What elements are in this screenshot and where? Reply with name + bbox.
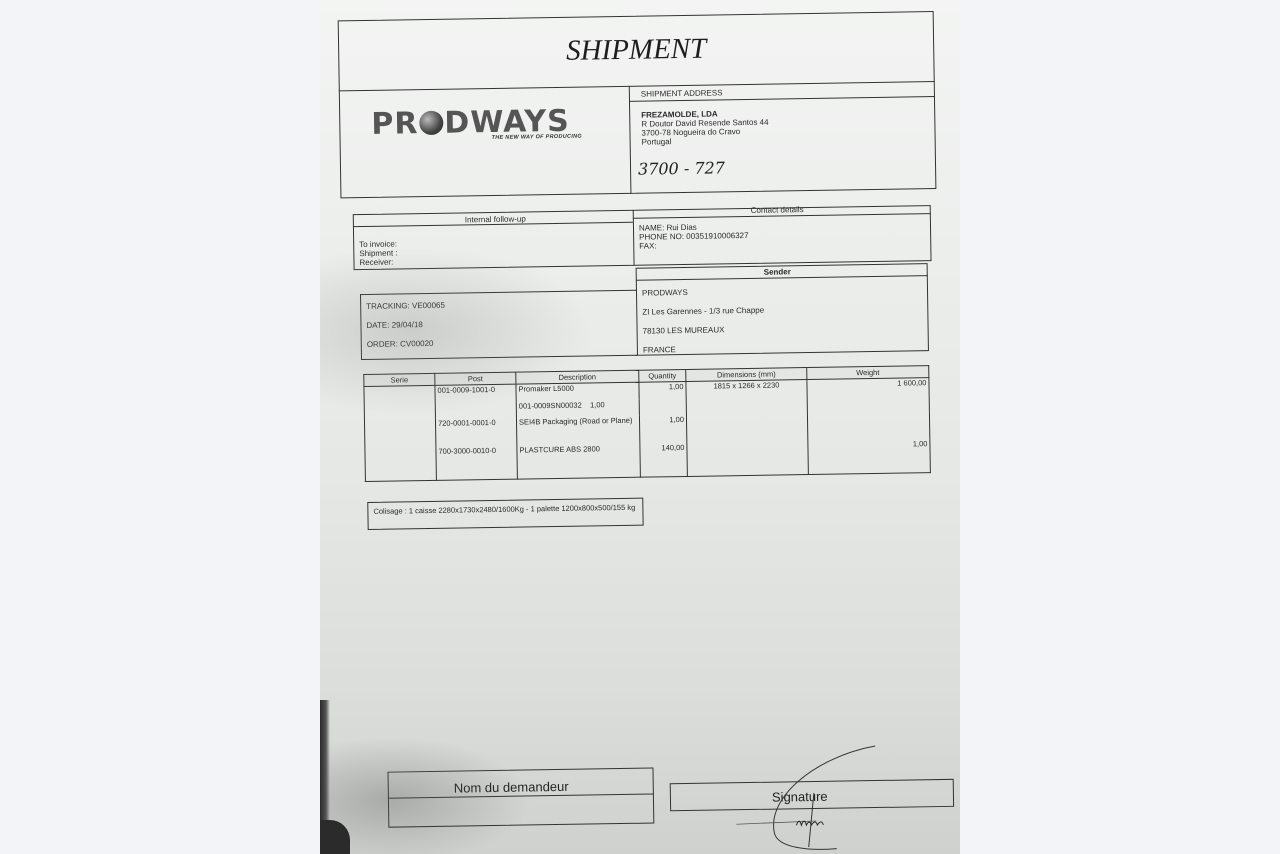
requester-label: Nom du demandeur <box>454 779 569 796</box>
sender-line-2: ZI Les Garennes - 1/3 rue Chappe <box>642 306 764 317</box>
logo-sphere-icon <box>419 111 443 135</box>
shipment-date: DATE: 29/04/18 <box>366 320 422 330</box>
contact-details-heading: Contact details <box>751 205 804 215</box>
cell-dimensions <box>686 397 807 415</box>
cell-post: 720-0001-0001-0 <box>435 417 516 446</box>
cell-dimensions <box>686 413 807 443</box>
cell-post: 700-3000-0010-0 <box>436 445 518 480</box>
cell-post <box>435 401 516 418</box>
shipment-address-heading: SHIPMENT ADDRESS <box>641 88 723 98</box>
cell-quantity <box>639 398 686 415</box>
order-number: ORDER: CV00020 <box>367 339 434 349</box>
cell-description: SEI4B Packaging (Road or Plane) <box>516 415 639 445</box>
cell-serie <box>364 385 435 403</box>
cell-description: 001-0009SN00032 1,00 <box>516 399 639 417</box>
cell-dimensions <box>687 441 809 477</box>
cell-quantity: 1,00 <box>639 381 686 399</box>
handwritten-signature-icon <box>725 735 927 852</box>
cell-weight <box>807 395 929 413</box>
col-serie: Serie <box>364 373 435 386</box>
cell-serie <box>364 418 435 447</box>
cell-quantity: 1,00 <box>639 414 686 443</box>
cell-weight: 1,00 <box>808 439 931 475</box>
cell-dimensions: 1815 x 1266 x 2230 <box>686 380 807 399</box>
sender-line-3: 78130 LES MUREAUX <box>643 325 725 335</box>
cell-weight: 1 600,00 <box>807 378 929 397</box>
tracking-number: TRACKING: VE00065 <box>366 301 445 311</box>
address-country: Portugal <box>642 137 672 146</box>
followup-receiver: Receiver: <box>359 258 393 268</box>
handwritten-postal-note: 3700 - 727 <box>638 158 725 178</box>
sender-line-1: PRODWAYS <box>642 288 688 298</box>
col-quantity: Quantity <box>639 369 686 382</box>
internal-followup-heading: Internal follow-up <box>465 214 526 224</box>
contact-fax: FAX: <box>639 241 656 250</box>
cell-description: PLASTCURE ABS 2800 <box>517 443 641 479</box>
shipment-document: SHIPMENT PRDWAYS THE NEW WAY OF PRODUCIN… <box>320 0 960 854</box>
sender-line-4: FRANCE <box>643 345 676 355</box>
cell-post: 001-0009-1001-0 <box>435 384 516 402</box>
contact-phone: PHONE NO: 00351910006327 <box>639 231 749 242</box>
items-table: Serie Post Description Quantity Dimensio… <box>363 365 931 482</box>
cell-weight <box>807 411 929 441</box>
document-photo: SHIPMENT PRDWAYS THE NEW WAY OF PRODUCIN… <box>320 0 960 854</box>
logo-text-left: PR <box>371 106 419 142</box>
cell-serie <box>364 402 435 419</box>
cell-description: Promaker L5000 <box>516 382 639 401</box>
cell-quantity: 140,00 <box>640 442 688 477</box>
cell-serie <box>365 446 437 481</box>
address-city: 3700-78 Nogueira do Cravo <box>641 127 740 138</box>
sender-heading: Sender <box>764 267 791 276</box>
